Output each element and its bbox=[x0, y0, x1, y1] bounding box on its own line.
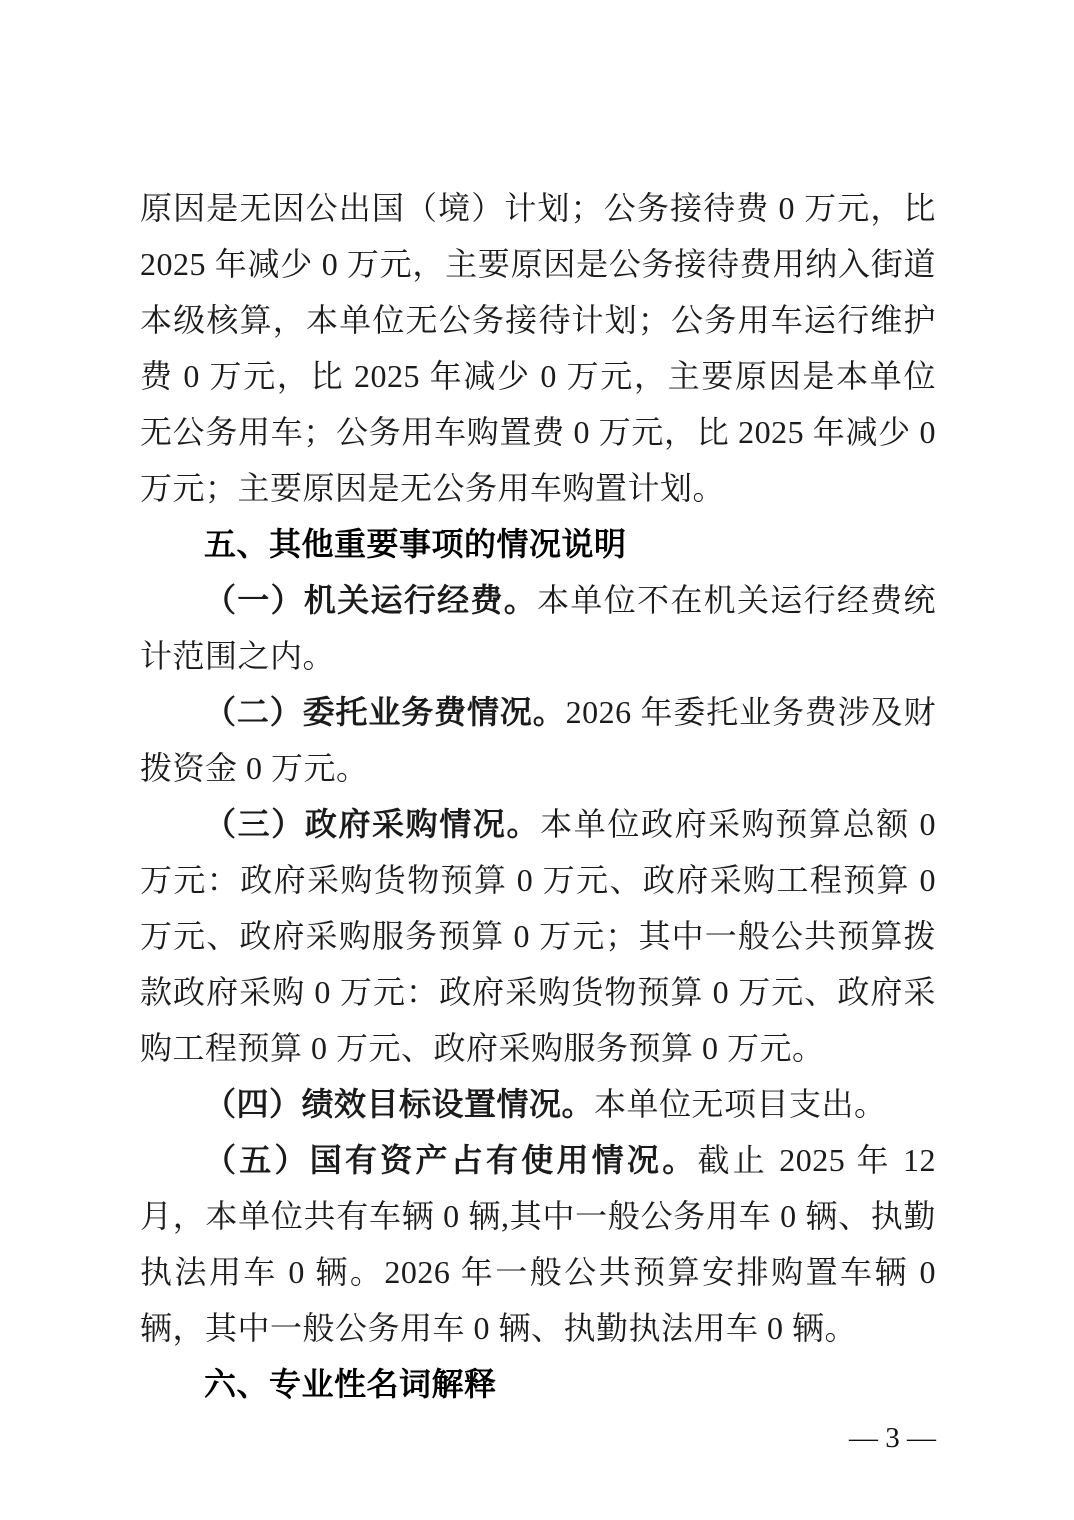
page-number: — 3 — bbox=[140, 1418, 936, 1458]
item-5-label: （五）国有资产占有使用情况。 bbox=[204, 1142, 697, 1178]
item-1-label: （一）机关运行经费。 bbox=[204, 582, 537, 618]
list-item-4: （四）绩效目标设置情况。本单位无项目支出。 bbox=[140, 1076, 936, 1132]
list-item-2: （二）委托业务费情况。2026 年委托业务费涉及财拨资金 0 万元。 bbox=[140, 684, 936, 796]
item-3-label: （三）政府采购情况。 bbox=[204, 806, 540, 842]
item-4-label: （四）绩效目标设置情况。 bbox=[204, 1086, 594, 1122]
list-item-3: （三）政府采购情况。本单位政府采购预算总额 0 万元：政府采购货物预算 0 万元… bbox=[140, 796, 936, 1076]
document-content: 原因是无因公出国（境）计划；公务接待费 0 万元，比 2025 年减少 0 万元… bbox=[140, 180, 936, 1458]
section-heading-6: 六、专业性名词解释 bbox=[140, 1356, 936, 1412]
section-heading-5: 五、其他重要事项的情况说明 bbox=[140, 516, 936, 572]
document-page: 原因是无因公出国（境）计划；公务接待费 0 万元，比 2025 年减少 0 万元… bbox=[0, 0, 1074, 1520]
item-4-text: 本单位无项目支出。 bbox=[594, 1086, 887, 1122]
continuation-paragraph: 原因是无因公出国（境）计划；公务接待费 0 万元，比 2025 年减少 0 万元… bbox=[140, 180, 936, 516]
list-item-5: （五）国有资产占有使用情况。截止 2025 年 12 月，本单位共有车辆 0 辆… bbox=[140, 1132, 936, 1356]
item-2-label: （二）委托业务费情况。 bbox=[204, 694, 566, 730]
list-item-1: （一）机关运行经费。本单位不在机关运行经费统计范围之内。 bbox=[140, 572, 936, 684]
item-3-text: 本单位政府采购预算总额 0 万元：政府采购货物预算 0 万元、政府采购工程预算 … bbox=[140, 806, 936, 1066]
